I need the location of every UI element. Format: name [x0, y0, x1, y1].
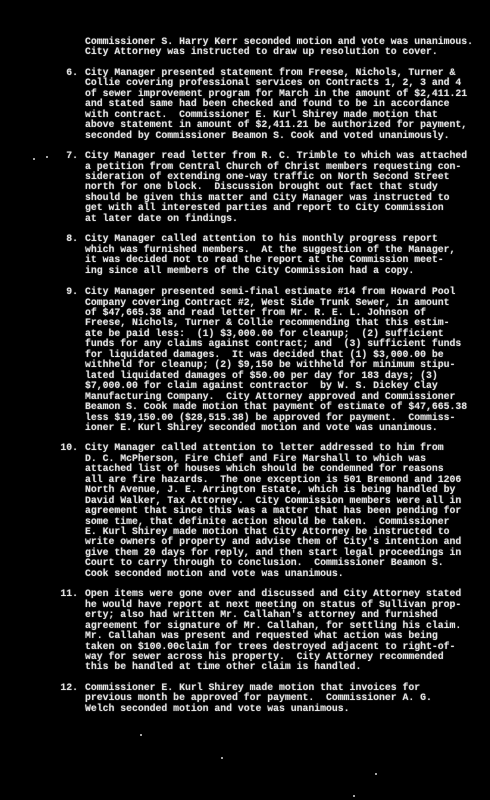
minutes-item: 12. Commissioner E. Kurl Shirey made mot…	[0, 683, 490, 714]
noise-dot	[375, 773, 377, 775]
noise-dot	[33, 158, 35, 160]
minutes-item: 7. City Manager read letter from R. C. T…	[0, 151, 490, 224]
item-number: 7.	[0, 151, 85, 224]
item-text: City Manager read letter from R. C. Trim…	[85, 151, 490, 224]
noise-dot	[221, 757, 223, 759]
item-number: 10.	[0, 443, 85, 579]
minutes-item: 9. City Manager presented semi-final est…	[0, 287, 490, 433]
item-number: 9.	[0, 287, 85, 433]
minutes-item: 10. City Manager called attention to let…	[0, 443, 490, 579]
item-text: Open items were gone over and discussed …	[85, 589, 490, 673]
minutes-item: 8. City Manager called attention to his …	[0, 234, 490, 276]
minutes-item: 11. Open items were gone over and discus…	[0, 589, 490, 673]
intro-paragraph: Commissioner S. Harry Kerr seconded moti…	[85, 37, 490, 58]
minutes-scan-page: Commissioner S. Harry Kerr seconded moti…	[0, 0, 490, 800]
item-number: 12.	[0, 683, 85, 714]
item-text: Commissioner E. Kurl Shirey made motion …	[85, 683, 490, 714]
minutes-content: Commissioner S. Harry Kerr seconded moti…	[0, 37, 490, 724]
minutes-item: 6. City Manager presented statement from…	[0, 68, 490, 141]
item-text: City Manager called attention to his mon…	[85, 234, 490, 276]
item-text: City Manager presented semi-final estima…	[85, 287, 490, 433]
noise-dot	[353, 795, 355, 797]
item-number: 11.	[0, 589, 85, 673]
item-text: City Manager presented statement from Fr…	[85, 68, 490, 141]
item-number: 8.	[0, 234, 85, 276]
item-text: City Manager called attention to letter …	[85, 443, 490, 579]
noise-dot	[140, 734, 142, 736]
minutes-item-list: 6. City Manager presented statement from…	[0, 68, 490, 714]
noise-dot	[46, 156, 48, 158]
item-number: 6.	[0, 68, 85, 141]
